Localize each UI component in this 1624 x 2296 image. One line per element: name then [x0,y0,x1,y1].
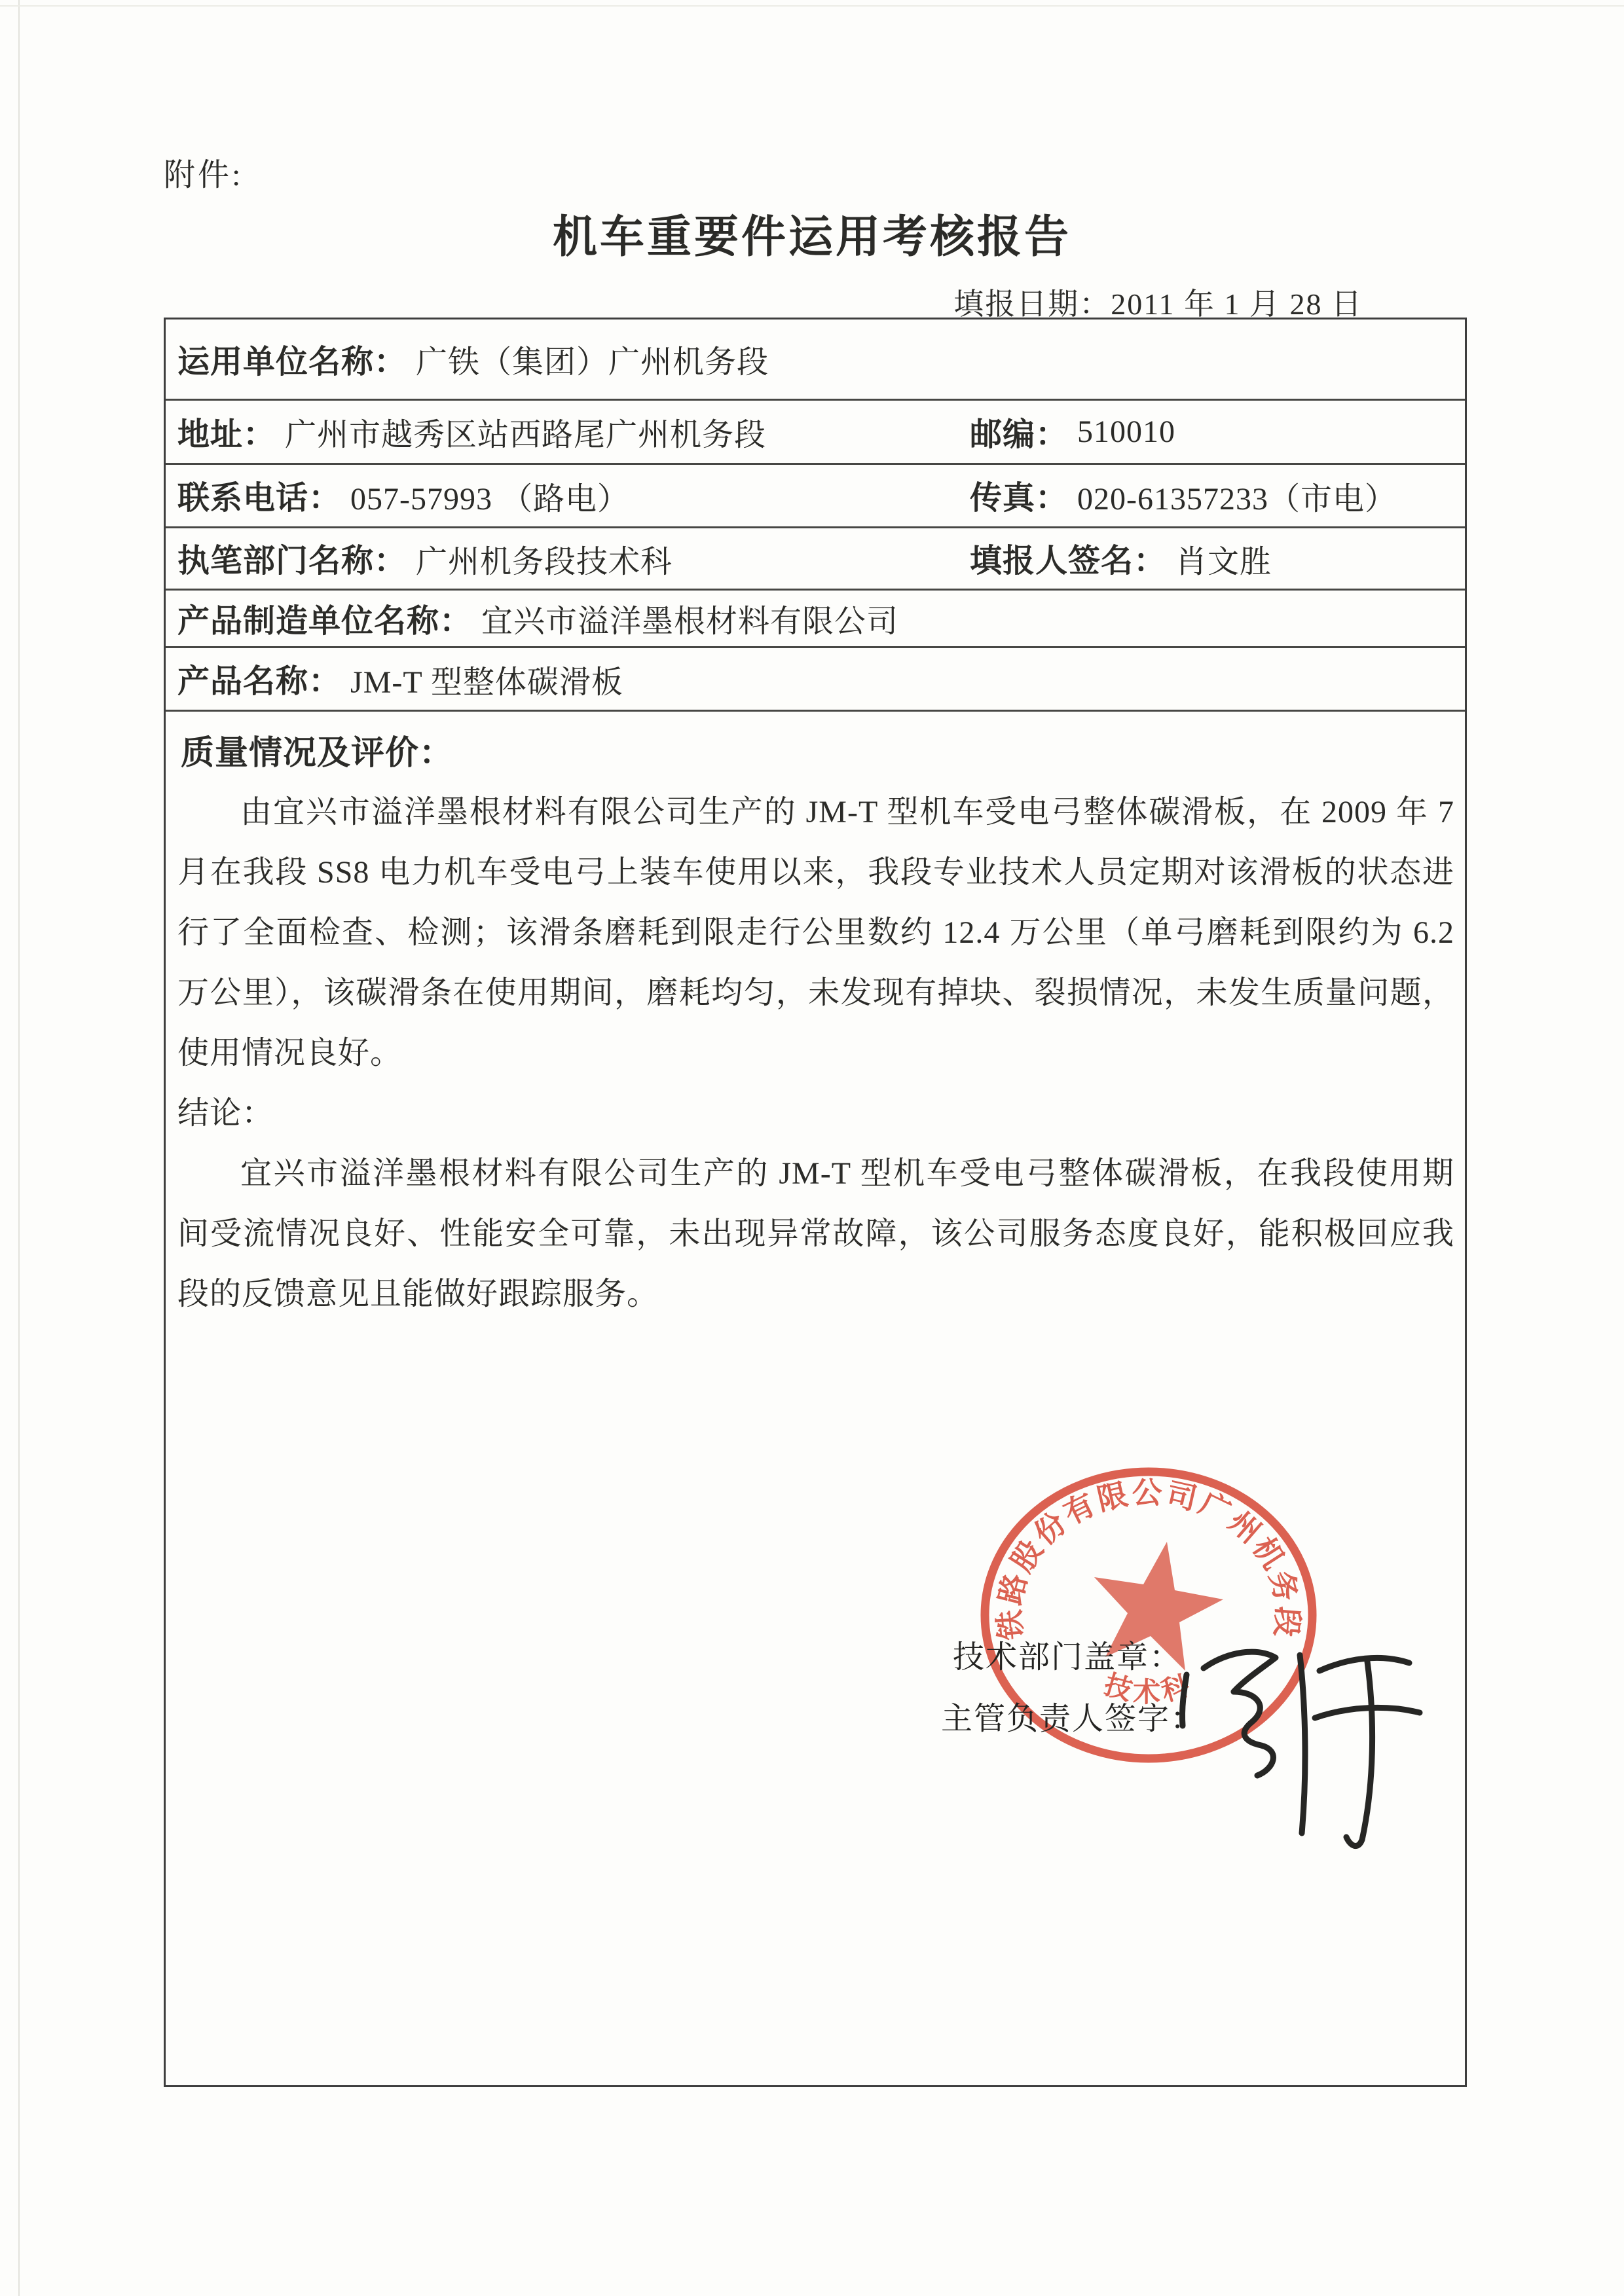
form-row-product-name: 产品名称： JM-T 型整体碳滑板 [166,648,1465,712]
filler-signature-group: 填报人签名： 肖文胜 [970,536,1272,581]
phone-value: 057-57993 （路电） [350,473,629,519]
form-row-address: 地址： 广州市越秀区站西路尾广州机务段 邮编： 510010 [166,401,1465,465]
quality-evaluation-body: 由宜兴市溢洋墨根材料有限公司生产的 JM-T 型机车受电弓整体碳滑板，在 200… [177,782,1454,1324]
handwritten-signature [1166,1629,1441,1851]
phone-label: 联系电话： [177,473,341,519]
postcode-group: 邮编： 510010 [970,409,1175,455]
attachment-label: 附件: [164,149,243,194]
scanned-report-page: { "document": { "attachment_label": "附件:… [0,0,1624,2296]
scan-edge-top [0,5,1624,7]
conclusion-line: 段的反馈意见且能做好跟踪服务。 [177,1264,1454,1324]
form-row-manufacturer: 产品制造单位名称： 宜兴市溢洋墨根材料有限公司 [166,591,1465,648]
filler-signature-label: 填报人签名： [970,536,1166,581]
quality-line: 由宜兴市溢洋墨根材料有限公司生产的 JM-T 型机车受电弓整体碳滑板，在 200… [177,782,1454,843]
operating-unit-label: 运用单位名称： [177,337,407,382]
form-row-department: 执笔部门名称： 广州机务段技术科 填报人签名： 肖文胜 [166,528,1465,591]
address-value: 广州市越秀区站西路尾广州机务段 [285,409,766,454]
fax-label: 传真： [970,473,1068,519]
quality-line: 行了全面检查、检测；该滑条磨耗到限走行公里数约 12.4 万公里（单弓磨耗到限约… [177,903,1454,963]
operating-unit-value: 广铁（集团）广州机务段 [416,337,769,382]
report-title: 机车重要件运用考核报告 [0,202,1624,265]
department-seal-label: 技术部门盖章： [953,1631,1182,1677]
fax-value: 020-61357233（市电） [1077,473,1397,519]
fax-group: 传真： 020-61357233（市电） [970,473,1397,519]
postcode-value: 510010 [1077,414,1175,450]
department-label: 执笔部门名称： [177,536,407,581]
conclusion-line: 间受流情况良好、性能安全可靠，未出现异常故障，该公司服务态度良好，能积极回应我 [177,1204,1454,1264]
postcode-label: 邮编： [970,409,1068,455]
scan-edge-left [18,0,20,2296]
supervisor-signature-label: 主管负责人签字： [941,1693,1203,1738]
product-name-value: JM-T 型整体碳滑板 [350,657,623,702]
filler-signature-value: 肖文胜 [1175,536,1272,581]
form-row-operating-unit: 运用单位名称： 广铁（集团）广州机务段 [166,319,1465,401]
quality-line: 月在我段 SS8 电力机车受电弓上装车使用以来，我段专业技术人员定期对该滑板的状… [177,843,1454,903]
manufacturer-label: 产品制造单位名称： [177,596,472,642]
manufacturer-value: 宜兴市溢洋墨根材料有限公司 [481,596,898,641]
conclusion-line: 宜兴市溢洋墨根材料有限公司生产的 JM-T 型机车受电弓整体碳滑板，在我段使用期 [177,1144,1454,1204]
department-value: 广州机务段技术科 [416,536,673,581]
quality-line: 使用情况良好。 [177,1023,1454,1084]
form-row-phone: 联系电话： 057-57993 （路电） 传真： 020-61357233（市电… [166,465,1465,528]
address-label: 地址： [177,409,276,455]
product-name-label: 产品名称： [177,656,341,702]
form-row-quality-evaluation: 质量情况及评价： 由宜兴市溢洋墨根材料有限公司生产的 JM-T 型机车受电弓整体… [166,712,1465,2085]
conclusion-header: 结论： [177,1084,1454,1144]
quality-evaluation-header: 质量情况及评价： [181,725,453,774]
quality-line: 万公里），该碳滑条在使用期间，磨耗均匀，未发现有掉块、裂损情况，未发生质量问题， [177,963,1454,1023]
